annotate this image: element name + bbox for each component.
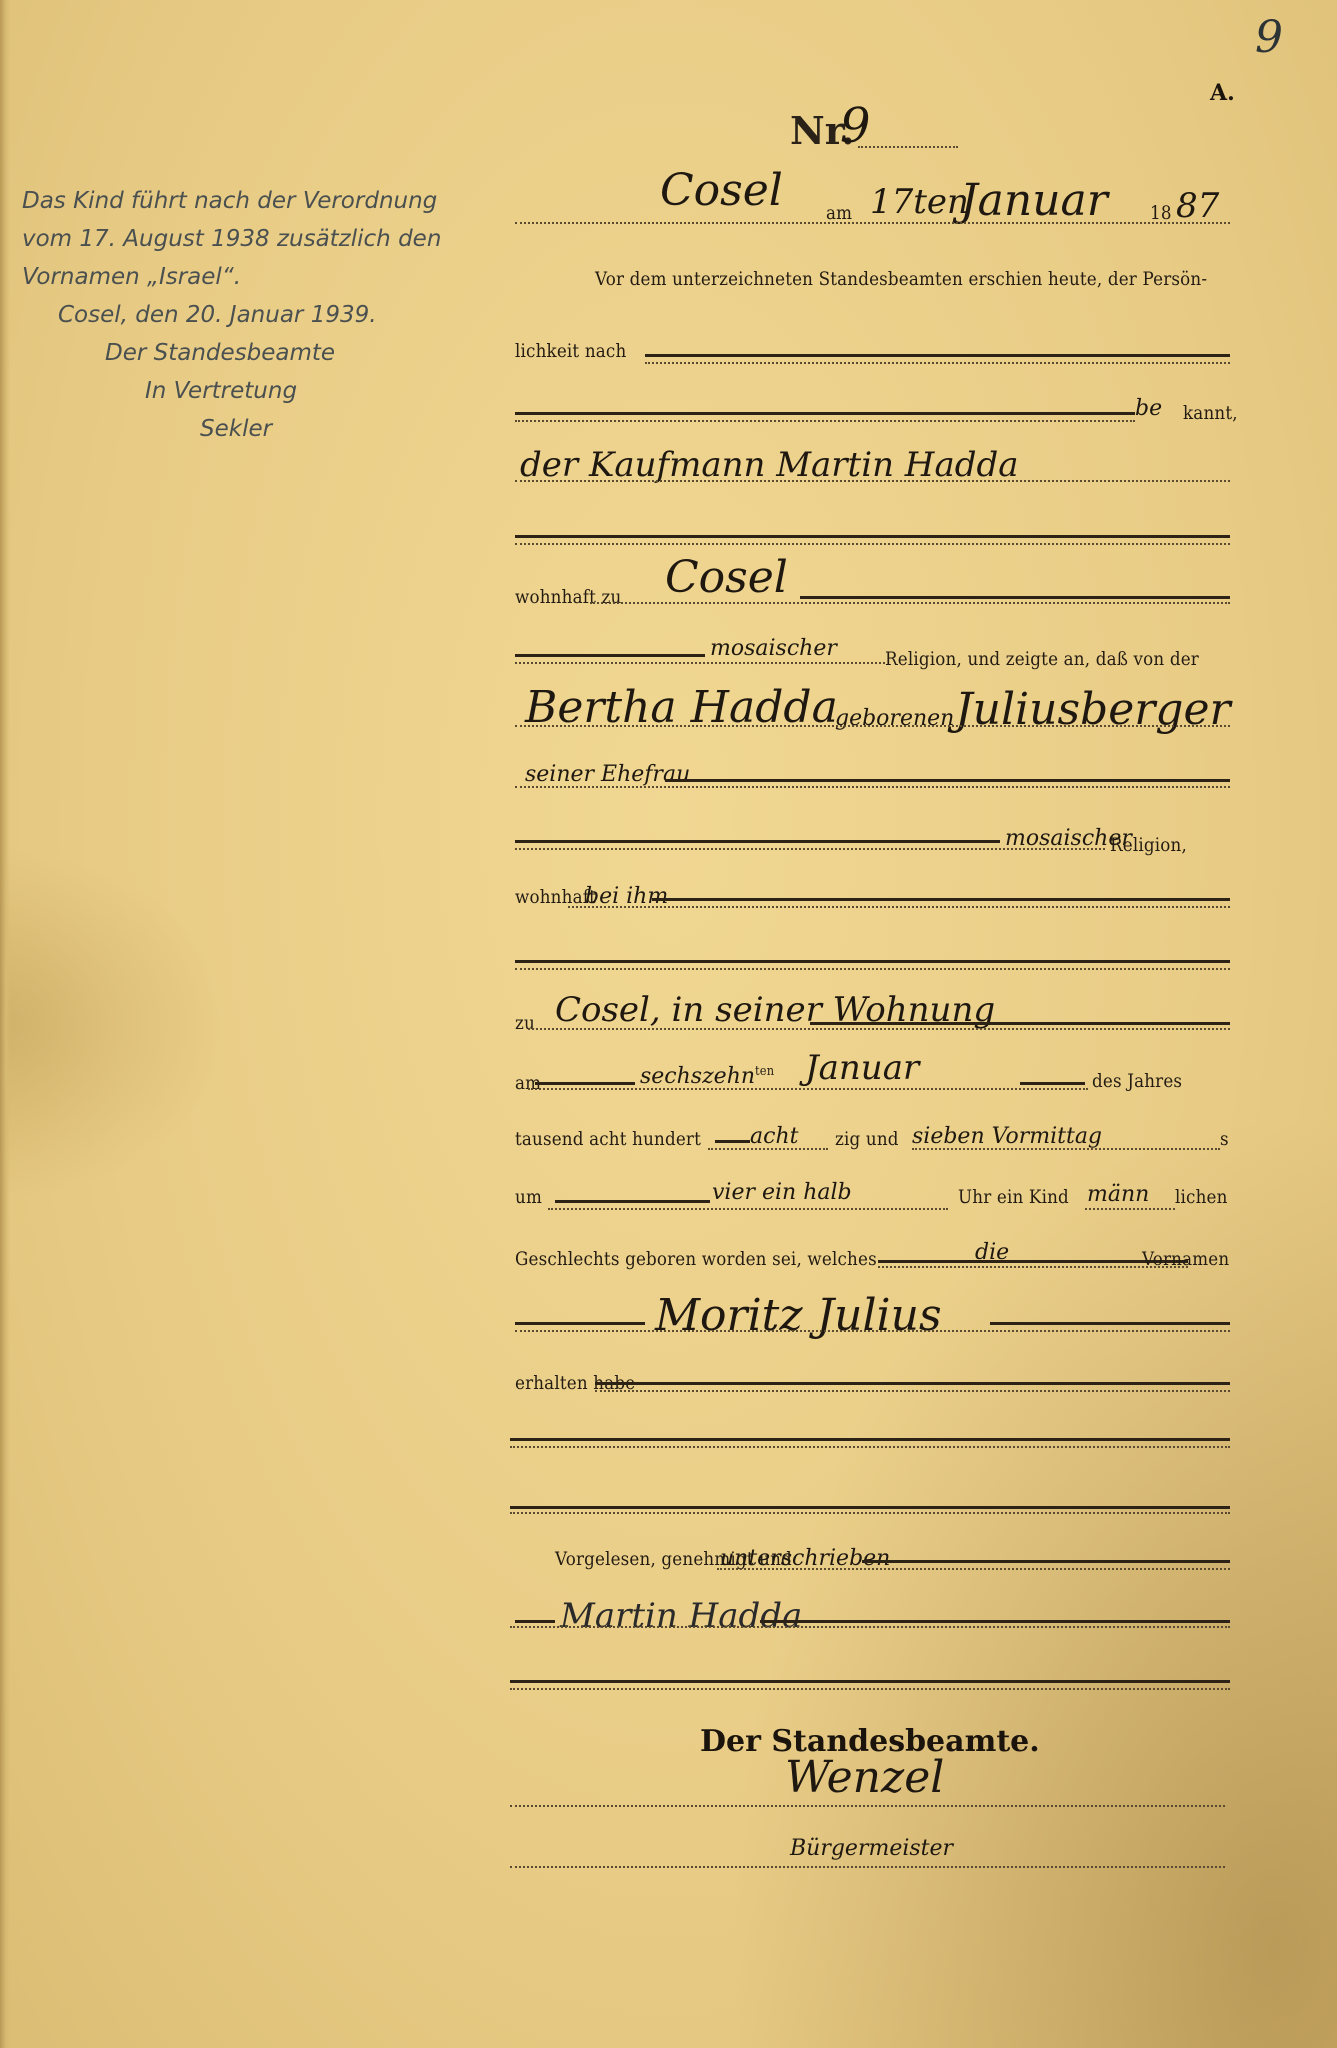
residence-solid-line (800, 596, 1230, 599)
sex-value: männ (1087, 1182, 1149, 1207)
blank-line-3 (510, 1446, 1230, 1448)
blank-solid-line-1 (515, 535, 1230, 538)
official-signature-line (510, 1805, 1225, 1807)
blank-line-1 (515, 543, 1230, 545)
declarant-line (515, 480, 1230, 482)
received-line (595, 1390, 1230, 1392)
year-text-label: tausend acht hundert (515, 1128, 701, 1150)
am-label: am (826, 202, 852, 224)
mother-residence-line (568, 906, 1230, 908)
record-place: Cosel (660, 165, 783, 216)
entry-number-line (858, 146, 958, 148)
signature-solid-line-b (760, 1620, 1230, 1623)
official-signature: Wenzel (785, 1752, 944, 1803)
time-line (548, 1208, 948, 1210)
birth-year-label: des Jahres (1092, 1070, 1182, 1092)
blank-line-5 (510, 1688, 1230, 1690)
time-value: vier ein halb (712, 1180, 852, 1205)
margin-note-line-2: vom 17. August 1938 zusätzlich den (22, 226, 441, 252)
intro-text: Vor dem unterzeichneten Standesbeamten e… (595, 268, 1207, 290)
margin-note-date: Cosel, den 20. Januar 1939. (58, 302, 377, 328)
mother-line (515, 725, 1230, 727)
time-suffix-label: Uhr ein Kind (958, 1186, 1069, 1208)
child-name: Moritz Julius (655, 1290, 942, 1341)
residence-value: Cosel (665, 552, 788, 603)
year-s-label: s (1220, 1128, 1229, 1150)
birth-day-value: sechszehn (640, 1064, 755, 1089)
year-units-value: sieben Vormittag (912, 1124, 1102, 1149)
time-label: um (515, 1186, 542, 1208)
margin-note-deputy: In Vertretung (145, 378, 297, 404)
mother-relation-solid-line (665, 779, 1230, 782)
birth-day-line (528, 1088, 1088, 1090)
record-day: 17ten (870, 182, 969, 222)
birth-place-line (528, 1028, 1230, 1030)
margin-note-line-3: Vornamen „Israel“. (22, 264, 241, 290)
declarant-name: der Kaufmann Martin Hadda (520, 445, 1019, 485)
blank-solid-line-2 (515, 960, 1230, 963)
known-solid-line (515, 412, 1135, 415)
paper-left-edge (0, 0, 10, 2048)
read-approved-solid-line (862, 1560, 1230, 1563)
identity-label: lichkeit nach (515, 340, 626, 362)
year-tens-line (708, 1148, 828, 1150)
child-name-solid-line-b (990, 1322, 1230, 1325)
child-name-line (515, 1330, 1230, 1332)
blank-solid-line-3 (510, 1438, 1230, 1441)
birth-place-label: zu (515, 1012, 535, 1034)
record-year-suffix: 87 (1176, 186, 1219, 226)
birth-month-solid-line (1020, 1082, 1085, 1085)
mother-residence-solid-line (652, 898, 1230, 901)
religion1-solid-line (515, 654, 705, 657)
religion2-line (515, 848, 1105, 850)
year-zig-label: zig und (835, 1128, 899, 1150)
margin-note-line-1: Das Kind führt nach der Verordnung (22, 188, 437, 214)
time-solid-line (555, 1200, 710, 1203)
child-name-solid-line-a (515, 1322, 645, 1325)
blank-solid-line-5 (510, 1680, 1230, 1683)
blank-solid-line-4 (510, 1506, 1230, 1509)
signature-solid-line-a (515, 1620, 555, 1623)
gender-label: Geschlechts geboren worden sei, welches (515, 1248, 877, 1270)
known-line (515, 420, 1135, 422)
mother-relation-line (515, 786, 1230, 788)
record-year-prefix: 18 (1150, 202, 1172, 224)
religion1-label: Religion, und zeigte an, daß von der (885, 648, 1199, 670)
article-value: die (975, 1240, 1009, 1265)
birth-day-solid-line-a (535, 1082, 635, 1085)
received-solid-line (595, 1382, 1230, 1385)
birth-place-solid-line (810, 1022, 1230, 1025)
birth-day-suffix: ten (755, 1064, 774, 1079)
official-title: Bürgermeister (790, 1836, 953, 1861)
declarant-signature: Martin Hadda (560, 1596, 802, 1636)
identity-line (645, 362, 1230, 364)
page-number: 9 (1255, 12, 1283, 63)
mother-residence-label: wohnhaft (515, 886, 596, 908)
mother-relation: seiner Ehefrau (525, 762, 690, 787)
birth-month-value: Januar (805, 1048, 919, 1088)
form-letter: A. (1210, 80, 1235, 106)
blank-line-2 (515, 968, 1230, 970)
religion1-value: mosaischer (710, 636, 837, 661)
known-prefix: be (1135, 396, 1162, 421)
read-approved-line (717, 1568, 1230, 1570)
religion2-label: Religion, (1110, 834, 1187, 856)
mother-maiden-name: Juliusberger (955, 684, 1231, 735)
year-tens-solid-line (715, 1140, 750, 1143)
signature-line (510, 1626, 1230, 1628)
known-label: kannt, (1183, 402, 1238, 424)
identity-solid-line (645, 354, 1230, 357)
religion2-solid-line (515, 840, 1000, 843)
sex-line (1085, 1208, 1175, 1210)
residence-line (590, 602, 1230, 604)
religion1-line (515, 662, 885, 664)
residence-label: wohnhaft zu (515, 586, 621, 608)
blank-line-4 (510, 1512, 1230, 1514)
year-units-line (912, 1148, 1220, 1150)
margin-note-official: Der Standesbeamte (105, 340, 335, 366)
forenames-label: Vornamen (1142, 1248, 1229, 1270)
record-month: Januar (960, 175, 1108, 226)
place-date-line (515, 222, 1230, 224)
mother-born-label: geborenen (835, 706, 954, 731)
margin-note-signature: Sekler (200, 416, 272, 442)
sex-suffix-label: lichen (1175, 1186, 1228, 1208)
official-title-line (510, 1866, 1225, 1868)
year-tens-value: acht (750, 1124, 798, 1149)
